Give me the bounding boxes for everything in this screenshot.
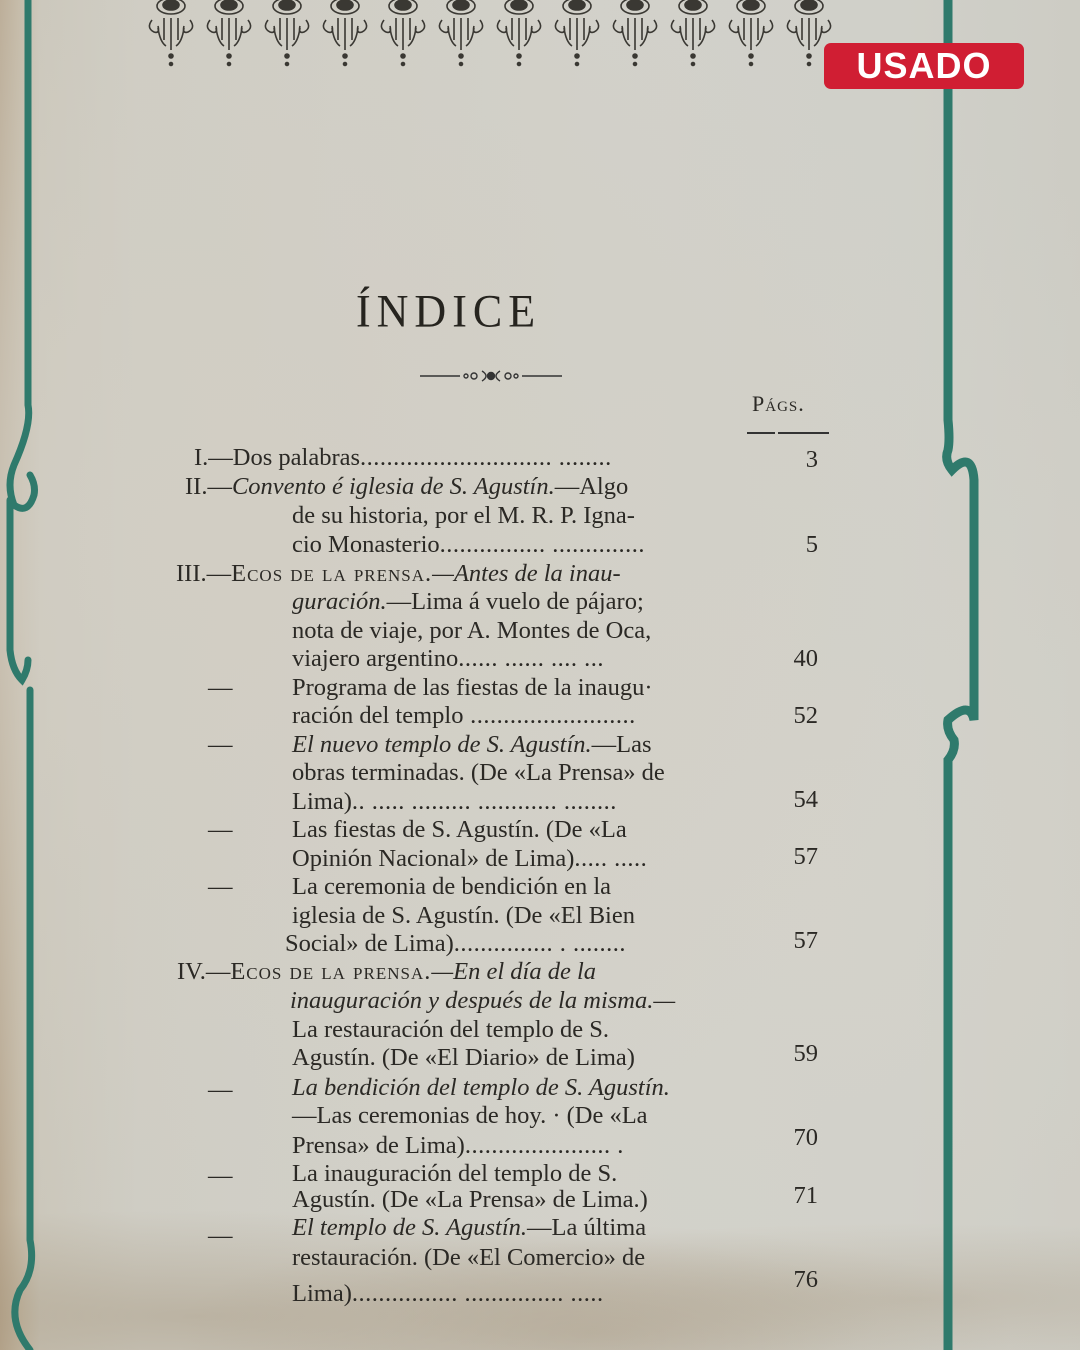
toc-entry: La ceremonia de bendición en la (292, 873, 611, 901)
toc-entry-continuation: restauración. (De «El Comercio» de (292, 1244, 645, 1272)
page-number: 5 (768, 531, 818, 559)
toc-entry-continuation: guración.—Lima á vuelo de pájaro; (292, 588, 644, 616)
used-badge: USADO (824, 43, 1024, 89)
toc-entry-continuation: viajero argentino...... ...... .... ... (292, 645, 604, 673)
toc-entry: Programa de las fiestas de la inaugu· (292, 674, 653, 702)
entry-text: Lima) (292, 788, 352, 815)
pages-column-header: Págs. (752, 391, 805, 417)
entry-dash: — (208, 1076, 232, 1104)
toc-entry: I.—Dos palabras.........................… (194, 444, 612, 472)
toc-entry: La inauguración del templo de S. (292, 1160, 617, 1188)
entry-dash: — (208, 674, 232, 702)
toc-entry: Las fiestas de S. Agustín. (De «La (292, 816, 627, 844)
entry-subtitle: —Lima á vuelo de pájaro; (387, 588, 644, 615)
entry-title: El nuevo templo de S. Agustín. (292, 731, 592, 758)
entry-subtitle: —La última (527, 1214, 646, 1241)
toc-entry-continuation: ración del templo ......................… (292, 702, 636, 730)
entry-text: Prensa» de Lima) (292, 1132, 465, 1159)
toc-entry-continuation: obras terminadas. (De «La Prensa» de (292, 759, 665, 787)
toc-entry-continuation: Agustín. (De «El Diario» de Lima) (292, 1044, 635, 1072)
toc-entry-continuation: La restauración del templo de S. (292, 1016, 609, 1044)
entry-text: ración del templo (292, 702, 463, 729)
entry-title: El templo de S. Agustín. (292, 1214, 527, 1241)
entry-text: Lima) (292, 1280, 352, 1307)
page-number: 70 (768, 1124, 818, 1152)
toc-entry-continuation: cio Monasterio................ .........… (292, 531, 645, 559)
entry-dash: — (208, 731, 232, 759)
dot-leader: ..... ..... (574, 845, 647, 872)
toc-entry-continuation: nota de viaje, por A. Montes de Oca, (292, 617, 651, 645)
entry-title: guración. (292, 588, 387, 615)
entry-numeral: I.— (194, 444, 233, 471)
page-number: 57 (768, 843, 818, 871)
pages-column-rule (747, 432, 829, 434)
toc-entry-continuation: Social» de Lima)............... . ......… (285, 930, 626, 958)
toc-entry-continuation: Lima).. ..... ......... ............ ...… (292, 788, 617, 816)
dot-leader: ................ .............. (440, 531, 645, 558)
right-border-ornament-icon (930, 0, 990, 1350)
entry-text: cio Monasterio (292, 531, 440, 558)
toc-entry: IV.—Ecos de la prensa.—En el día de la (177, 958, 596, 986)
entry-numeral: II.— (185, 473, 232, 500)
page-number: 52 (768, 702, 818, 730)
entry-text: Opinión Nacional» de Lima) (292, 845, 574, 872)
entry-subtitle: —Las (592, 731, 652, 758)
entry-title: —En el día de la (431, 958, 596, 985)
page-number: 57 (768, 927, 818, 955)
toc-entry: III.—Ecos de la prensa.—Antes de la inau… (176, 560, 621, 588)
entry-title: Dos palabras (233, 444, 360, 471)
ornamental-frieze-icon (142, 0, 838, 72)
toc-entry-continuation: iglesia de S. Agustín. (De «El Bien (292, 902, 635, 930)
entry-text: Social» de Lima) (285, 930, 454, 957)
page-number: 71 (768, 1182, 818, 1210)
toc-entry-continuation: Lima)................ ............... ..… (292, 1280, 604, 1308)
entry-numeral: III.— (176, 560, 231, 587)
dot-leader: ...... ...... .... ... (458, 645, 604, 672)
entry-text: viajero argentino (292, 645, 458, 672)
left-border-ornament-icon (0, 0, 60, 1350)
entry-section: Ecos de la prensa. (230, 958, 431, 985)
page-number: 40 (768, 645, 818, 673)
dot-leader: ...................... . (465, 1132, 624, 1159)
book-page: USADO ÍNDICE Págs. I.—Dos palabras......… (0, 0, 1080, 1350)
toc-entry: II.—Convento é iglesia de S. Agustín.—Al… (185, 473, 628, 501)
entry-dash: — (208, 1222, 232, 1250)
page-number: 3 (768, 446, 818, 474)
page-number: 76 (768, 1266, 818, 1294)
toc-entry-continuation: Agustín. (De «La Prensa» de Lima.) (292, 1186, 648, 1214)
toc-entry-continuation: Opinión Nacional» de Lima)..... ..... (292, 845, 647, 873)
dot-leader: ............... . ........ (454, 930, 626, 957)
title-divider-ornament-icon (420, 368, 562, 384)
dot-leader: ......................... (463, 702, 635, 729)
entry-dash: — (208, 873, 232, 901)
toc-entry: El nuevo templo de S. Agustín.—Las (292, 731, 652, 759)
toc-entry: La bendición del templo de S. Agustín. (292, 1074, 670, 1102)
dot-leader: ................ ............... ..... (352, 1280, 604, 1307)
toc-entry-continuation: inauguración y después de la misma.— (290, 987, 675, 1015)
page-title: ÍNDICE (356, 285, 636, 339)
entry-subtitle: —Algo (555, 473, 629, 500)
toc-entry-continuation: —Las ceremonias de hoy. · (De «La (292, 1102, 648, 1130)
toc-entry-continuation: de su historia, por el M. R. P. Igna- (292, 502, 635, 530)
entry-numeral: IV.— (177, 958, 230, 985)
entry-dash: — (208, 816, 232, 844)
dot-leader: ............................. ........ (360, 444, 612, 471)
entry-section: Ecos de la prensa. (231, 560, 432, 587)
dot-leader: .. ..... ......... ............ ........ (352, 788, 617, 815)
entry-title: —Antes de la inau- (432, 560, 621, 587)
entry-dash: — (208, 1162, 232, 1190)
page-number: 59 (768, 1040, 818, 1068)
toc-entry-continuation: Prensa» de Lima)...................... . (292, 1132, 624, 1160)
entry-title: Convento é iglesia de S. Agustín. (232, 473, 555, 500)
page-number: 54 (768, 786, 818, 814)
toc-entry: El templo de S. Agustín.—La última (292, 1214, 646, 1242)
